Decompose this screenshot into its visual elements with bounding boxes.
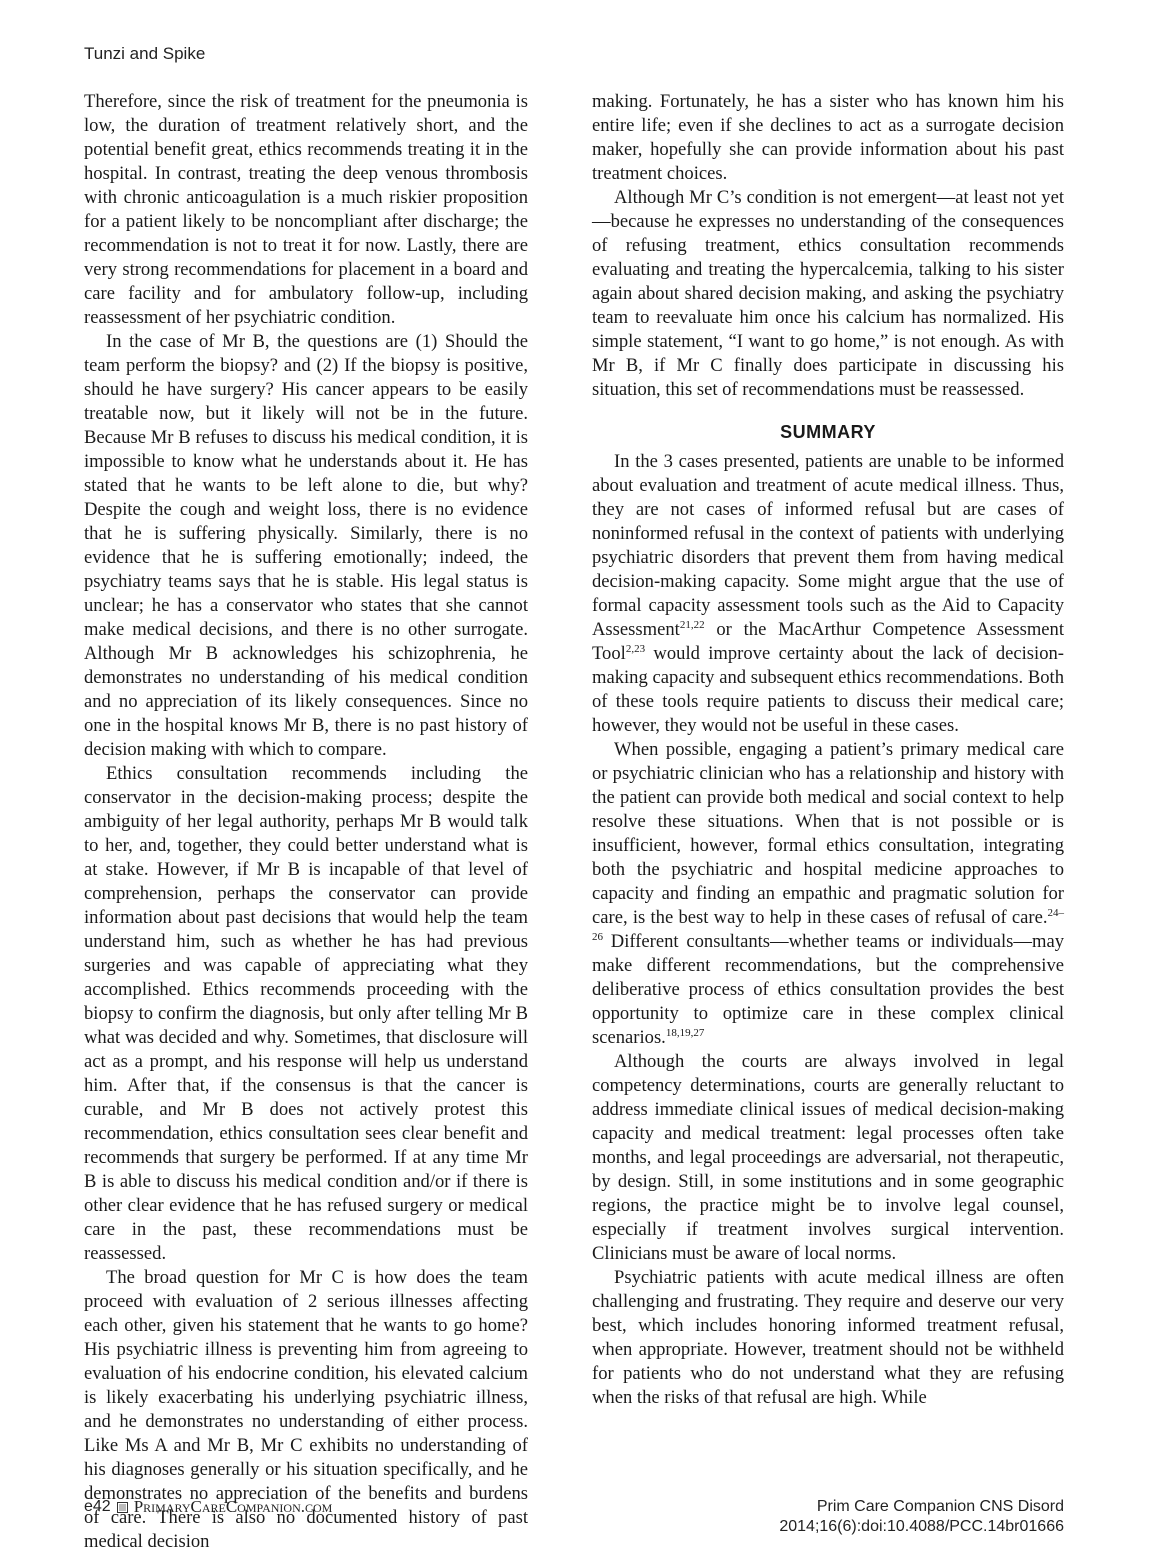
- site-link[interactable]: PrimaryCareCompanion.com: [134, 1497, 333, 1517]
- running-head: Tunzi and Spike: [84, 44, 205, 64]
- paragraph: In the case of Mr B, the questions are (…: [84, 330, 528, 762]
- citation-ref: 18,19,27: [666, 1027, 705, 1039]
- journal-name: Prim Care Companion CNS Disord: [779, 1497, 1064, 1517]
- citation-ref: 21,22: [680, 619, 705, 631]
- paragraph: making. Fortunately, he has a sister who…: [592, 90, 1064, 186]
- paragraph: When possible, engaging a patient’s prim…: [592, 738, 1064, 1050]
- footer-right: Prim Care Companion CNS Disord 2014;16(6…: [779, 1497, 1064, 1537]
- left-column: Therefore, since the risk of treatment f…: [84, 90, 528, 1554]
- text: would improve certainty about the lack o…: [592, 643, 1064, 736]
- page-number: e42: [84, 1498, 111, 1516]
- paragraph: Ethics consultation recommends including…: [84, 762, 528, 1266]
- section-heading-summary: SUMMARY: [592, 420, 1064, 444]
- text: When possible, engaging a patient’s prim…: [592, 739, 1064, 928]
- paragraph: Although the courts are always involved …: [592, 1050, 1064, 1266]
- paragraph: In the 3 cases presented, patients are u…: [592, 450, 1064, 738]
- paragraph: Therefore, since the risk of treatment f…: [84, 90, 528, 330]
- text: Different consultants—whether teams or i…: [592, 931, 1064, 1048]
- paragraph: Psychiatric patients with acute medical …: [592, 1266, 1064, 1410]
- right-column: making. Fortunately, he has a sister who…: [592, 90, 1064, 1410]
- paragraph: Although Mr C’s condition is not emergen…: [592, 186, 1064, 402]
- footer-left: e42 PrimaryCareCompanion.com: [84, 1497, 332, 1517]
- square-icon: [117, 1502, 128, 1513]
- citation-doi: 2014;16(6):doi:10.4088/PCC.14br01666: [779, 1517, 1064, 1537]
- citation-ref: 2,23: [626, 643, 645, 655]
- text: In the 3 cases presented, patients are u…: [592, 451, 1064, 640]
